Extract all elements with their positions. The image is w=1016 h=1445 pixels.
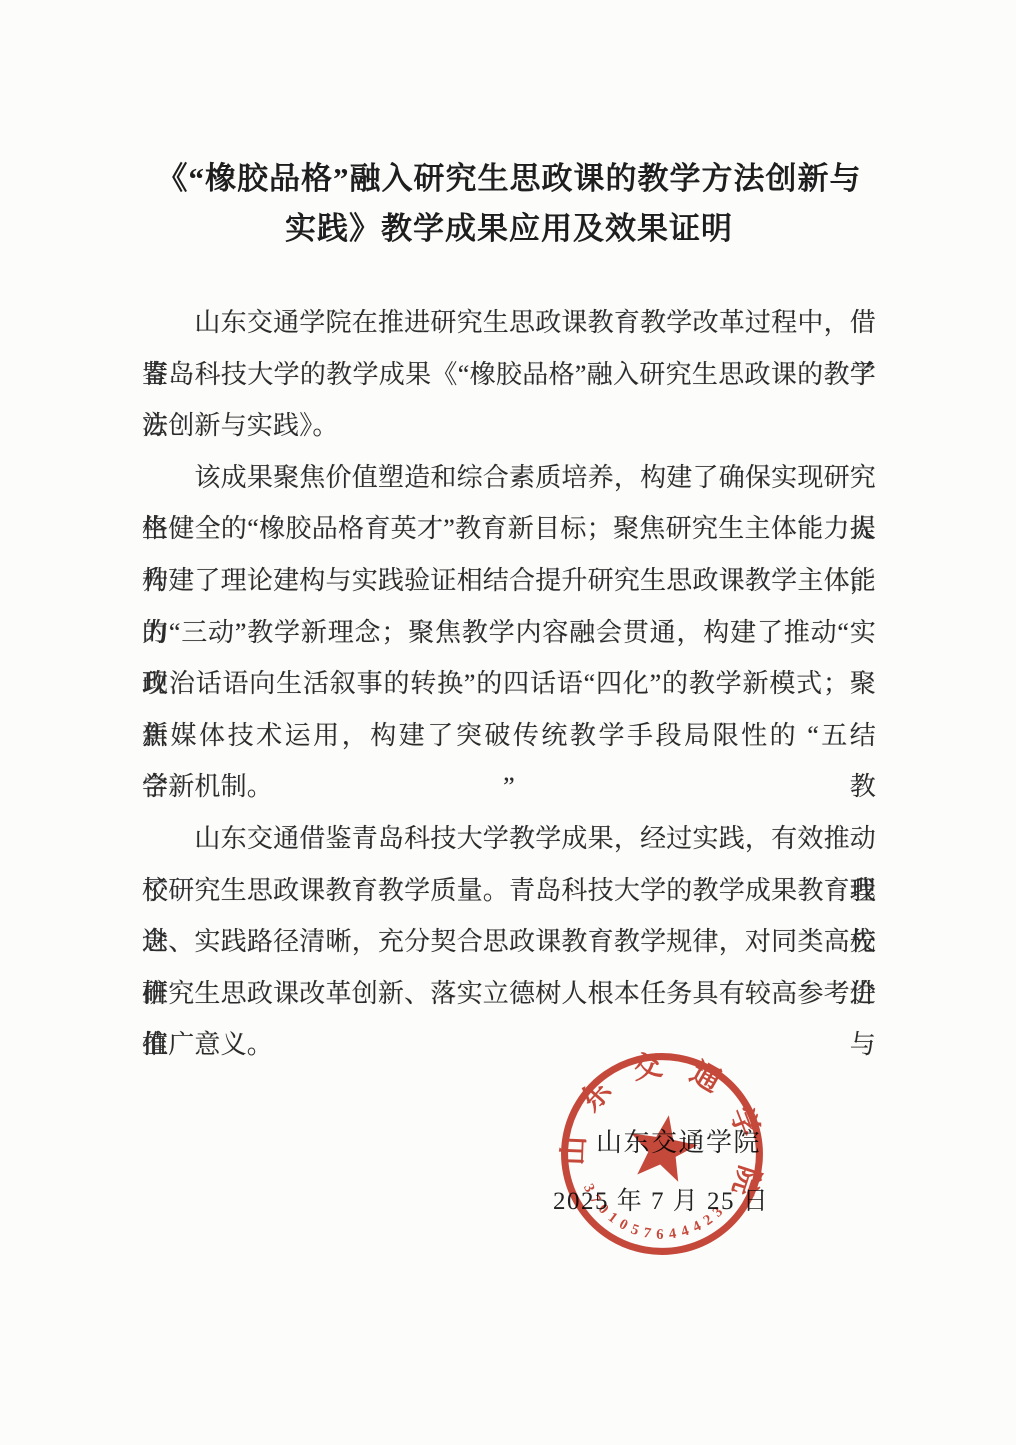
document-page: 《“橡胶品格”融入研究生思政课的教学方法创新与实践》教学成果应用及效果证明 山东… [0, 0, 1016, 1445]
official-seal: 山东交通学院 3701057644423 [556, 1048, 768, 1260]
document-body-line: 青岛科技大学的教学成果《“橡胶品格”融入研究生思政课的教学方 [142, 349, 876, 401]
seal-arc-text: 山东交通学院 [556, 1048, 768, 1201]
document-title: 《“橡胶品格”融入研究生思政课的教学方法创新与实践》教学成果应用及效果证明 [142, 154, 876, 254]
document-body-line: 格健全的“橡胶品格育英才”教育新目标；聚焦研究生主体能力提升， [142, 503, 876, 555]
document-body-line: 校研究生思政课教育教学质量。青岛科技大学的教学成果教育理念先 [142, 865, 876, 917]
document-body: 山东交通学院在推进研究生思政课教育教学改革过程中，借鉴了青岛科技大学的教学成果《… [142, 297, 876, 1071]
document-body-line: 构建了理论建构与实践验证相结合提升研究生思政课教学主体能力 [142, 555, 876, 607]
document-title-line: 《“橡胶品格”融入研究生思政课的教学方法创新与 [142, 154, 876, 204]
document-body-line: 的“三动”教学新理念；聚焦教学内容融会贯通，构建了推动“实现 [142, 607, 876, 659]
document-body-line: 进、实践路径清晰，充分契合思政课教育教学规律，对同类高校推进 [142, 916, 876, 968]
official-seal-graphic: 山东交通学院 3701057644423 [556, 1048, 768, 1260]
document-body-line: 研究生思政课改革创新、落实立德树人根本任务具有较高参考价值与 [142, 968, 876, 1020]
document-body-line: 政治话语向生活叙事的转换”的四话语“四化”的教学新模式；聚焦 [142, 658, 876, 710]
document-body-line: 法创新与实践》。 [142, 400, 876, 452]
document-body-line: 山东交通借鉴青岛科技大学教学成果，经过实践，有效推动了我 [142, 813, 876, 865]
seal-star-icon [625, 1109, 702, 1184]
seal-arc-text-holder: 山东交通学院 [556, 1048, 768, 1201]
document-title-line: 实践》教学成果应用及效果证明 [142, 204, 876, 254]
document-body-line: 该成果聚焦价值塑造和综合素质培养，构建了确保实现研究生人 [142, 452, 876, 504]
document-body-line: 新媒体技术运用，构建了突破传统教学手段局限性的 “五结合”教 [142, 710, 876, 762]
document-body-line: 山东交通学院在推进研究生思政课教育教学改革过程中，借鉴了 [142, 297, 876, 349]
